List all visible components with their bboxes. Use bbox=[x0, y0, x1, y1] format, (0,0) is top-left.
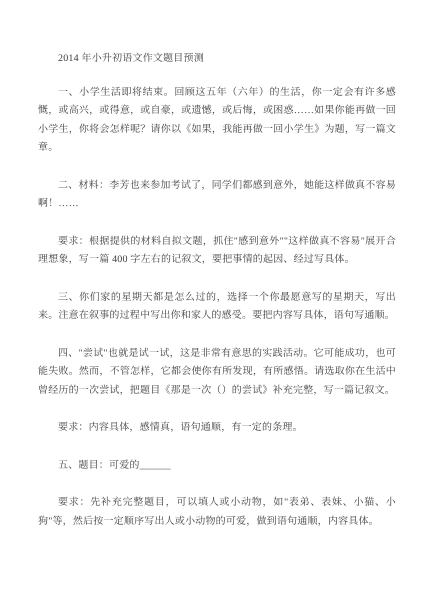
paragraph: 要求：内容具体，感情真，语句通顺，有一定的条理。 bbox=[38, 419, 396, 438]
document-page: 2014 年小升初语文作文题目预测 一、小学生活即将结束。回顾这五年（六年）的生… bbox=[0, 0, 424, 600]
paragraph: 四、"尝试"也就是试一试，这是非常有意思的实践活动。它可能成功，也可能失败。然而… bbox=[38, 345, 396, 401]
page-title: 2014 年小升初语文作文题目预测 bbox=[38, 50, 396, 69]
paragraph: 二、材料：李芳也来参加考试了，同学们都感到意外，她能这样做真不容易啊！…… bbox=[38, 177, 396, 214]
paragraph: 五、题目：可爱的______ bbox=[38, 457, 396, 476]
paragraph: 要求：先补充完整题目，可以填人或小动物，如"表弟、表妹、小猫、小狗"等，然后按一… bbox=[38, 494, 396, 531]
paragraph: 三、你们家的星期天都是怎么过的，选择一个你最愿意写的星期天，写出来。注意在叙事的… bbox=[38, 289, 396, 326]
paragraph: 一、小学生活即将结束。回顾这五年（六年）的生活，你一定会有许多感慨，或高兴，或得… bbox=[38, 84, 396, 158]
paragraph-list: 一、小学生活即将结束。回顾这五年（六年）的生活，你一定会有许多感慨，或高兴，或得… bbox=[38, 84, 396, 532]
paragraph: 要求：根据提供的材料自拟文题，抓住"感到意外""这样做真不容易"展开合理想象，写… bbox=[38, 233, 396, 270]
